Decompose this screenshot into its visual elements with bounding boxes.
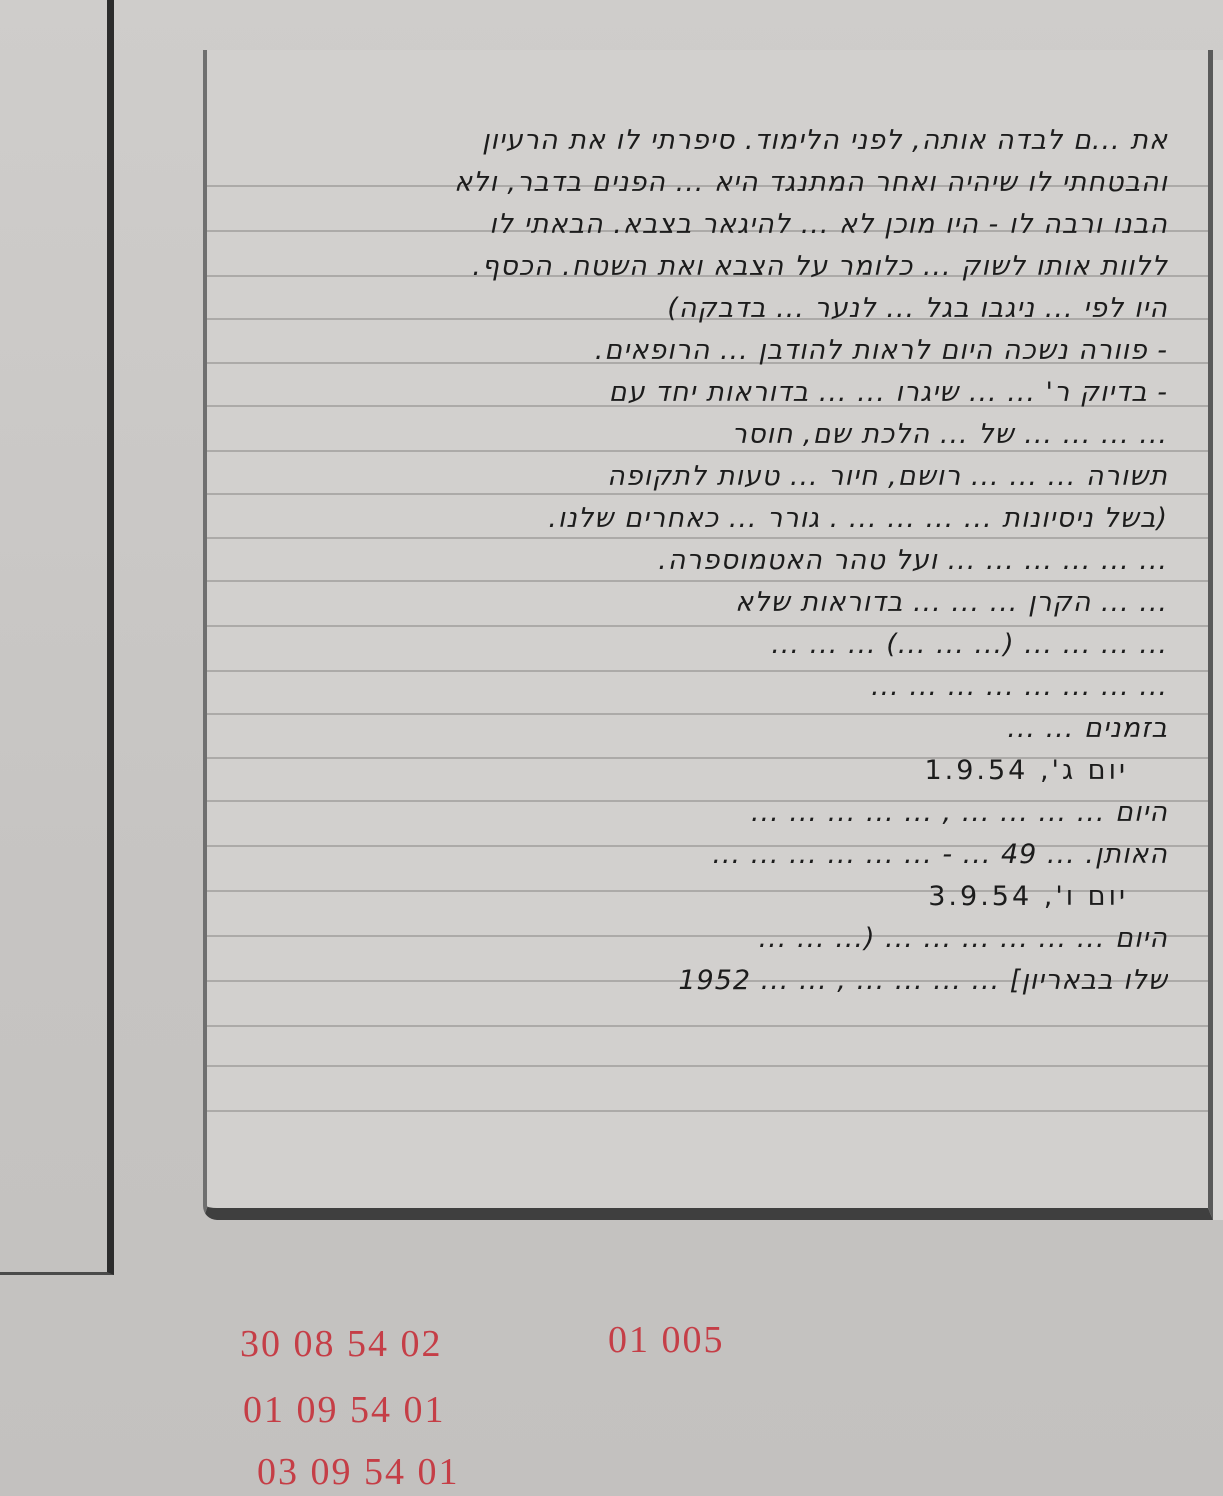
text-line: היום ... ... ... ... ... ... (... ... ..… bbox=[237, 918, 1168, 960]
date-stamp: 03 09 54 01 bbox=[257, 1450, 460, 1494]
ruled-line bbox=[207, 1025, 1208, 1027]
entry-date: 1.9.54 bbox=[924, 755, 1028, 786]
text-line: ... ... הקרן ... ... ... בדוראות שלא bbox=[237, 582, 1168, 624]
page-edge-stub bbox=[107, 48, 114, 52]
handwritten-text: את ...ם לבדה אותה, לפני הלימוד. סיפרתי ל… bbox=[237, 120, 1168, 1002]
text-line: האותן. ... 49 ... - ... ... ... ... ... … bbox=[237, 834, 1168, 876]
text-line: - בדיוק ר' ... ... שיגרו ... ... בדוראות… bbox=[237, 372, 1168, 414]
previous-page-edge bbox=[0, 0, 114, 1275]
entry-day: יום ו' bbox=[1055, 881, 1128, 912]
text-line: היו לפי ... ניגבו בגל ... לנער ... בדבקה… bbox=[237, 288, 1168, 330]
text-line: תשורה ... ... ... רושם, חיור ... טעות לת… bbox=[237, 456, 1168, 498]
text-line: - פוורה נשכה היום לראות להודבן ... הרופא… bbox=[237, 330, 1168, 372]
entry-date-header: יום ג', 1.9.54 bbox=[237, 750, 1168, 792]
date-stamp: 01 09 54 01 bbox=[243, 1388, 446, 1432]
entry-date-header: יום ו', 3.9.54 bbox=[237, 876, 1168, 918]
text-line: בזמנים ... ... bbox=[237, 708, 1168, 750]
date-stamp: 30 08 54 02 bbox=[240, 1322, 443, 1366]
diary-page: את ...ם לבדה אותה, לפני הלימוד. סיפרתי ל… bbox=[203, 50, 1213, 1220]
entry-day: יום ג' bbox=[1052, 755, 1128, 786]
ruled-line bbox=[207, 1110, 1208, 1112]
text-line: ... ... ... ... (... ... ...) ... ... ..… bbox=[237, 624, 1168, 666]
text-line: שלו בבאריון] ... ... ... ... , ... ... 1… bbox=[237, 960, 1168, 1002]
text-line: ... ... ... ... ... ... ... ... bbox=[237, 666, 1168, 708]
next-page-edge bbox=[1213, 60, 1223, 1220]
text-line: (בשל ניסיונות ... ... ... ... . גורר ...… bbox=[237, 498, 1168, 540]
text-line: הבנו ורבה לו - היו מוכן לא ... להיגאר בצ… bbox=[237, 204, 1168, 246]
text-line: ללוות אותו לשוק ... כלומר על הצבא ואת הש… bbox=[237, 246, 1168, 288]
text-line: היום ... ... ... ... , ... ... ... ... .… bbox=[237, 792, 1168, 834]
text-line: ... ... ... ... ... ... ועל טהר האטמוספר… bbox=[237, 540, 1168, 582]
ruled-line bbox=[207, 1065, 1208, 1067]
text-line: ... ... ... ... של ... הלכת שם, חוסר bbox=[237, 414, 1168, 456]
text-line: את ...ם לבדה אותה, לפני הלימוד. סיפרתי ל… bbox=[237, 120, 1168, 162]
text-line: והבטחתי לו שיהיה ואחר המתנגד היא ... הפנ… bbox=[237, 162, 1168, 204]
entry-date: 3.9.54 bbox=[928, 881, 1032, 912]
reference-stamp: 01 005 bbox=[608, 1318, 725, 1362]
